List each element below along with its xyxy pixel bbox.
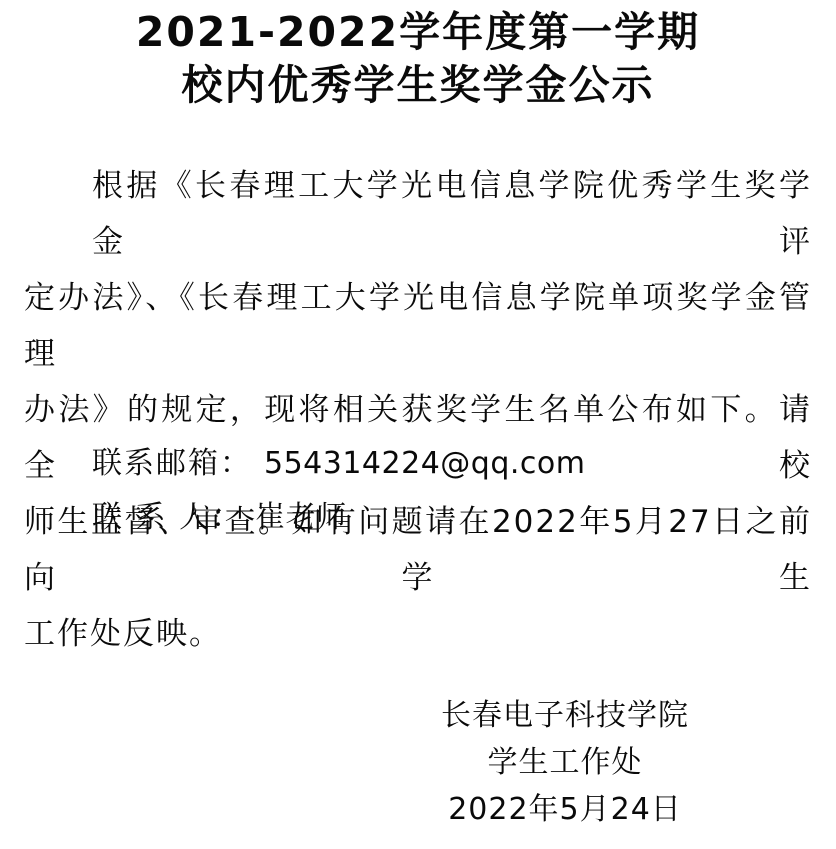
body-line-1: 根据《长春理工大学光电信息学院优秀学生奖学金评 [24,158,812,270]
contact-email-label: 联系邮箱： [92,446,252,481]
scholarship-announcement-document: 2021-2022学年度第一学期 校内优秀学生奖学金公示 根据《长春理工大学光电… [0,0,836,849]
body-line-2: 定办法》、《长春理工大学光电信息学院单项奖学金管理 [24,270,812,382]
contact-email-value: 554314224@qq.com [252,446,585,481]
contact-info: 联系邮箱：554314224@qq.com 联 系 人：崔老师 [24,437,812,545]
title-line-1: 2021-2022学年度第一学期 [0,6,836,59]
body-paragraph: 根据《长春理工大学光电信息学院优秀学生奖学金评 定办法》、《长春理工大学光电信息… [24,158,812,662]
title-line-2: 校内优秀学生奖学金公示 [0,59,836,112]
signature-org: 长春电子科技学院 [380,692,750,739]
signature-block: 长春电子科技学院 学生工作处 2022年5月24日 [380,692,750,833]
contact-person-label: 联 系 人： [92,500,243,535]
body-line-5: 工作处反映。 [24,606,812,662]
contact-person-value: 崔老师 [243,500,347,535]
contact-person-line: 联 系 人：崔老师 [92,491,812,545]
signature-dept: 学生工作处 [380,739,750,786]
signature-date: 2022年5月24日 [380,786,750,833]
contact-email-line: 联系邮箱：554314224@qq.com [92,437,812,491]
document-title: 2021-2022学年度第一学期 校内优秀学生奖学金公示 [0,6,836,112]
